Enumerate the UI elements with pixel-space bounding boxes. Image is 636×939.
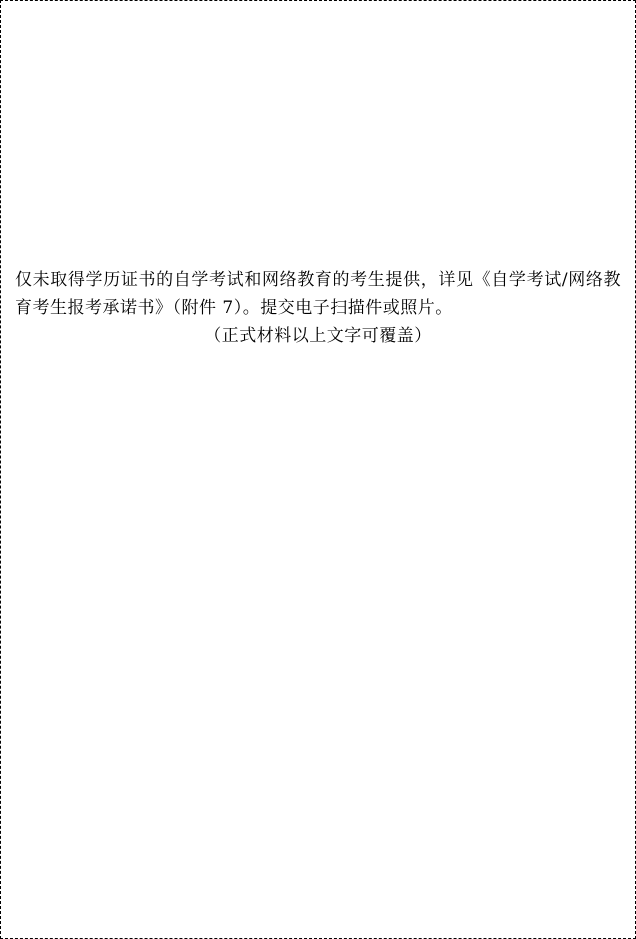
paragraph-block: 仅未取得学历证书的自学考试和网络教育的考生提供，详见《自学考试/网络教 育考生报…: [15, 266, 621, 350]
paragraph-line-1: 仅未取得学历证书的自学考试和网络教育的考生提供，详见《自学考试/网络教: [15, 266, 621, 294]
paragraph-line-2: 育考生报考承诺书》（附件 7）。提交电子扫描件或照片。: [15, 294, 621, 322]
overwrite-permission-note: （正式材料以上文字可覆盖）: [15, 322, 621, 350]
document-page: 仅未取得学历证书的自学考试和网络教育的考生提供，详见《自学考试/网络教 育考生报…: [0, 0, 636, 939]
